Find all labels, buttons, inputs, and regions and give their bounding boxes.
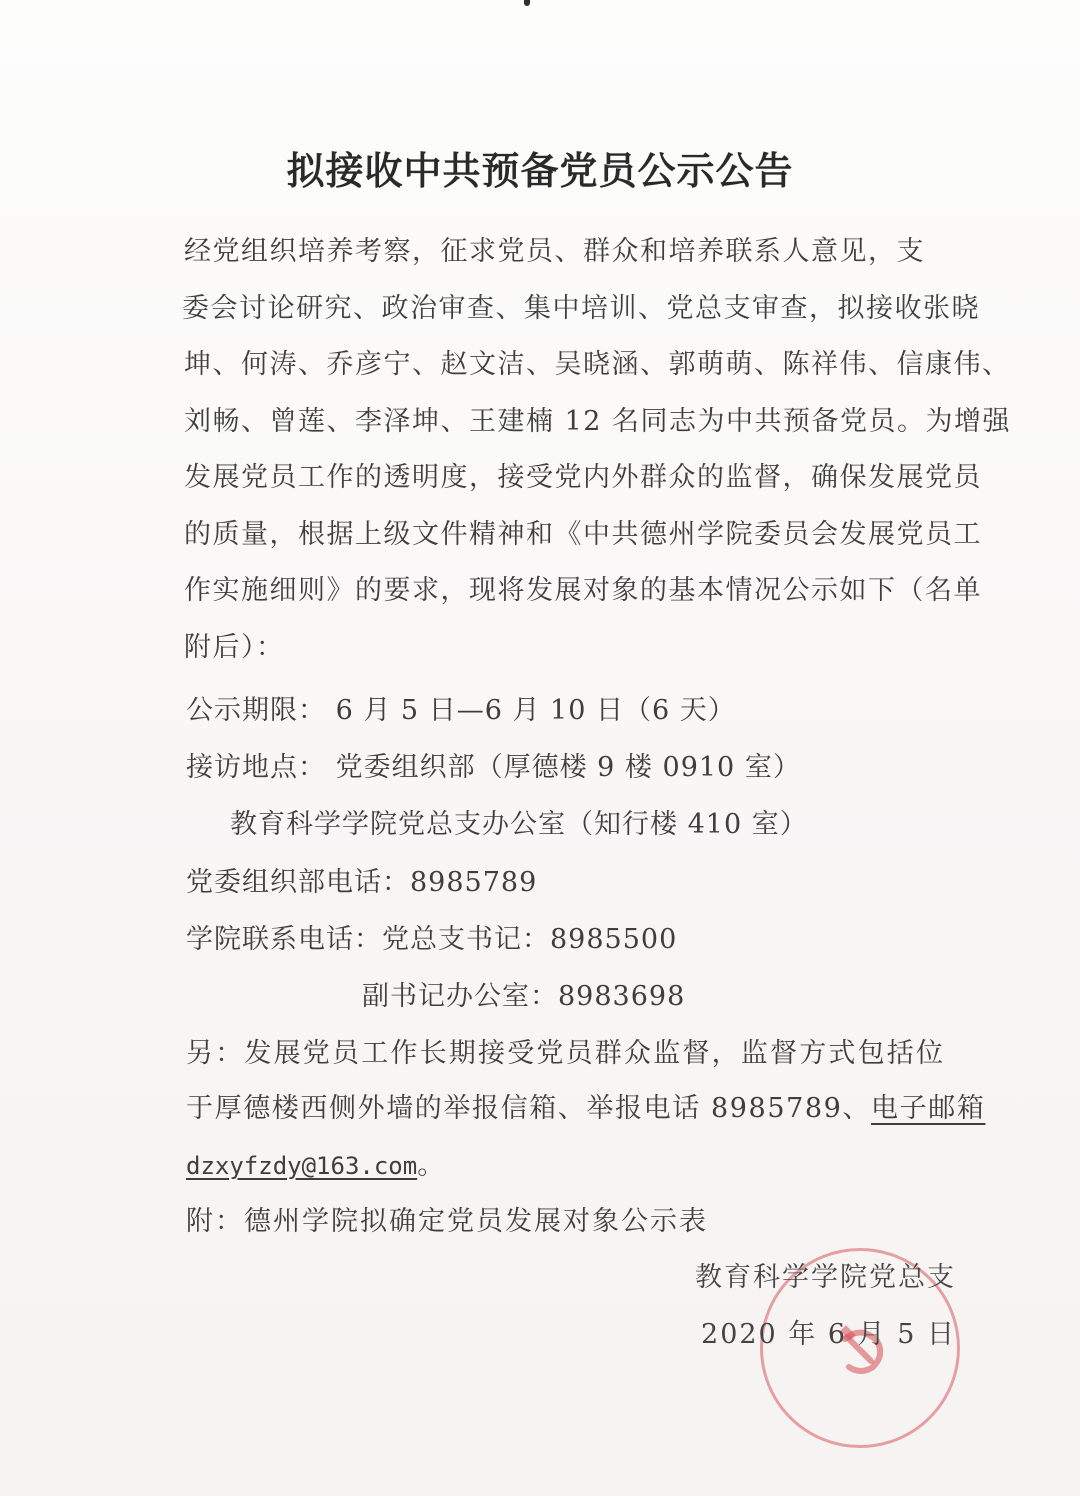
signature-date: 2020 年 6 月 5 日 — [701, 1312, 956, 1351]
supervision-line-2-text: 于厚德楼西侧外墙的举报信箱、举报电话 8985789、 — [186, 1093, 871, 1124]
deputy-phone: 副书记办公室：8983698 — [362, 974, 685, 1013]
main-paragraph-line-4: 刘畅、曾莲、李泽坤、王建楠 12 名同志为中共预备党员。为增强 — [184, 394, 956, 451]
deputy-phone-label: 副书记办公室： — [362, 981, 558, 1012]
visit-location: 接访地点： 党委组织部（厚德楼 9 楼 0910 室） — [186, 745, 801, 784]
party-org-phone-label: 党委组织部电话： — [186, 867, 410, 898]
party-org-phone: 党委组织部电话：8985789 — [186, 860, 537, 899]
supervision-line-2: 于厚德楼西侧外墙的举报信箱、举报电话 8985789、电子邮箱 — [186, 1086, 985, 1125]
document-title: 拟接收中共预备党员公示公告 — [0, 140, 1080, 195]
main-paragraph-line-6: 的质量，根据上级文件精神和《中共德州学院委员会发展党员工 — [184, 507, 956, 564]
supervision-line-1: 另：发展党员工作长期接受党员群众监督，监督方式包括位 — [186, 1031, 945, 1070]
main-paragraph: 经党组织培养考察，征求党员、群众和培养联系人意见，支 委会讨论研究、政治审查、集… — [184, 224, 956, 676]
college-phone-label: 学院联系电话： — [186, 924, 382, 955]
signature-organization: 教育科学学院党总支 — [695, 1255, 956, 1294]
visit-location-value-2: 教育科学学院党总支办公室（知行楼 410 室） — [230, 809, 808, 840]
party-org-phone-value: 8985789 — [410, 867, 537, 898]
main-paragraph-line-7: 作实施细则》的要求，现将发展对象的基本情况公示如下（名单 — [184, 563, 956, 620]
main-paragraph-line-2: 委会讨论研究、政治审查、集中培训、党总支审查，拟接收张晓 — [182, 281, 956, 338]
visit-location-value-1: 党委组织部（厚德楼 9 楼 0910 室） — [336, 752, 801, 783]
deputy-phone-value: 8983698 — [558, 981, 685, 1012]
supervision-end-punct: 。 — [417, 1150, 445, 1181]
document-page: 拟接收中共预备党员公示公告 经党组织培养考察，征求党员、群众和培养联系人意见，支… — [0, 0, 1080, 1496]
main-paragraph-line-5: 发展党员工作的透明度，接受党内外群众的监督，确保发展党员 — [184, 450, 956, 507]
visit-location-second: 教育科学学院党总支办公室（知行楼 410 室） — [230, 802, 808, 841]
main-paragraph-line-1: 经党组织培养考察，征求党员、群众和培养联系人意见，支 — [184, 224, 956, 281]
secretary-phone-value: 8985500 — [550, 924, 677, 955]
publicity-period-value: 6 月 5 日—6 月 10 日（6 天） — [336, 695, 736, 726]
college-phone: 学院联系电话：党总支书记：8985500 — [186, 917, 677, 956]
publicity-period-label: 公示期限： — [186, 695, 326, 726]
secretary-phone-label: 党总支书记： — [382, 924, 550, 955]
scan-artifact-mark — [524, 0, 530, 6]
email-link[interactable]: dzxyfzdy@163.com — [186, 1152, 417, 1180]
main-paragraph-line-8: 附后）： — [184, 620, 956, 677]
supervision-line-3: dzxyfzdy@163.com。 — [186, 1143, 445, 1182]
publicity-period: 公示期限： 6 月 5 日—6 月 10 日（6 天） — [186, 688, 736, 727]
email-label: 电子邮箱 — [871, 1093, 985, 1124]
visit-location-label: 接访地点： — [186, 752, 326, 783]
attachment-note: 附：德州学院拟确定党员发展对象公示表 — [186, 1199, 708, 1238]
main-paragraph-line-3: 坤、何涛、乔彦宁、赵文洁、吴晓涵、郭萌萌、陈祥伟、信康伟、 — [184, 337, 956, 394]
